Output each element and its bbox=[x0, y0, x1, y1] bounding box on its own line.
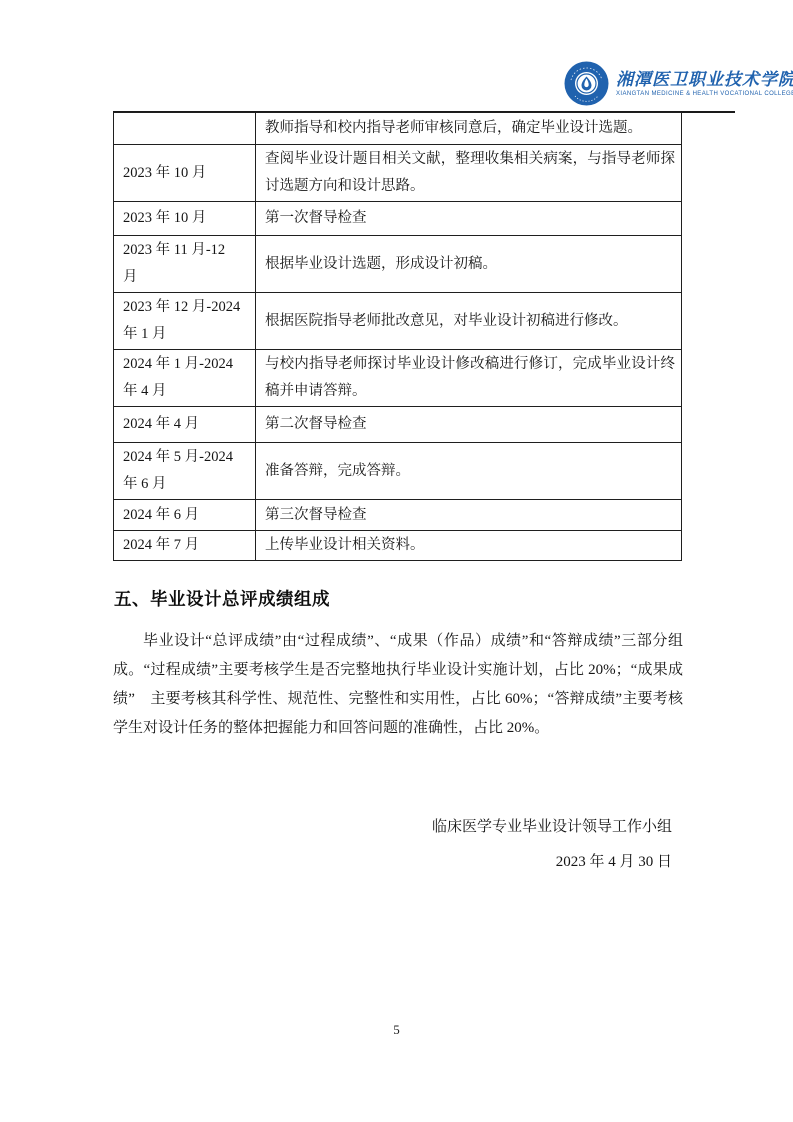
page-number: 5 bbox=[0, 1022, 793, 1038]
college-logo-text: 湘潭医卫职业技术学院 XIANGTAN MEDICINE & HEALTH VO… bbox=[616, 70, 793, 98]
task-cell: 第一次督导检查 bbox=[256, 202, 682, 236]
date-cell: 2023 年 10 月 bbox=[114, 145, 256, 202]
task-cell: 教师指导和校内指导老师审核同意后，确定毕业设计选题。 bbox=[256, 113, 682, 145]
signature-block: 临床医学专业毕业设计领导工作小组 2023 年 4 月 30 日 bbox=[113, 810, 682, 880]
date-cell: 2024 年 7 月 bbox=[114, 531, 256, 561]
schedule-table: 教师指导和校内指导老师审核同意后，确定毕业设计选题。 2023 年 10 月 查… bbox=[113, 112, 682, 561]
task-cell: 与校内指导老师探讨毕业设计修改稿进行修订，完成毕业设计终稿并申请答辩。 bbox=[256, 350, 682, 407]
table-row: 2023 年 11 月-12 月 根据毕业设计选题，形成设计初稿。 bbox=[114, 236, 682, 293]
task-cell: 准备答辩，完成答辩。 bbox=[256, 443, 682, 500]
section-heading: 五、毕业设计总评成绩组成 bbox=[114, 586, 330, 611]
task-cell: 第二次督导检查 bbox=[256, 407, 682, 443]
signature-organization: 临床医学专业毕业设计领导工作小组 bbox=[113, 810, 672, 845]
table-row: 2023 年 10 月 查阅毕业设计题目相关文献，整理收集相关病案，与指导老师探… bbox=[114, 145, 682, 202]
table-row: 2024 年 4 月 第二次督导检查 bbox=[114, 407, 682, 443]
college-logo: 湘潭医卫职业技术学院 XIANGTAN MEDICINE & HEALTH VO… bbox=[563, 60, 793, 107]
table-row: 2024 年 6 月 第三次督导检查 bbox=[114, 500, 682, 531]
college-name-zh: 湘潭医卫职业技术学院 bbox=[616, 70, 793, 90]
table-row: 2024 年 7 月 上传毕业设计相关资料。 bbox=[114, 531, 682, 561]
date-cell: 2024 年 1 月-2024 年 4 月 bbox=[114, 350, 256, 407]
date-cell bbox=[114, 113, 256, 145]
section-body-paragraph: 毕业设计“总评成绩”由“过程成绩”、“成果（作品）成绩”和“答辩成绩”三部分组成… bbox=[113, 627, 683, 743]
task-cell: 上传毕业设计相关资料。 bbox=[256, 531, 682, 561]
date-cell: 2024 年 4 月 bbox=[114, 407, 256, 443]
date-cell: 2023 年 10 月 bbox=[114, 202, 256, 236]
date-cell: 2023 年 11 月-12 月 bbox=[114, 236, 256, 293]
college-name-en: XIANGTAN MEDICINE & HEALTH VOCATIONAL CO… bbox=[616, 90, 793, 98]
table-row: 2023 年 12 月-2024 年 1 月 根据医院指导老师批改意见，对毕业设… bbox=[114, 293, 682, 350]
task-cell: 根据医院指导老师批改意见，对毕业设计初稿进行修改。 bbox=[256, 293, 682, 350]
date-cell: 2024 年 5 月-2024 年 6 月 bbox=[114, 443, 256, 500]
task-cell: 查阅毕业设计题目相关文献，整理收集相关病案，与指导老师探讨选题方向和设计思路。 bbox=[256, 145, 682, 202]
signature-date: 2023 年 4 月 30 日 bbox=[113, 845, 672, 880]
task-cell: 第三次督导检查 bbox=[256, 500, 682, 531]
college-logo-icon bbox=[563, 60, 610, 107]
date-cell: 2023 年 12 月-2024 年 1 月 bbox=[114, 293, 256, 350]
date-cell: 2024 年 6 月 bbox=[114, 500, 256, 531]
table-row: 2024 年 5 月-2024 年 6 月 准备答辩，完成答辩。 bbox=[114, 443, 682, 500]
table-row: 2023 年 10 月 第一次督导检查 bbox=[114, 202, 682, 236]
table-row: 2024 年 1 月-2024 年 4 月 与校内指导老师探讨毕业设计修改稿进行… bbox=[114, 350, 682, 407]
document-page: 湘潭医卫职业技术学院 XIANGTAN MEDICINE & HEALTH VO… bbox=[0, 0, 793, 1122]
table-row: 教师指导和校内指导老师审核同意后，确定毕业设计选题。 bbox=[114, 113, 682, 145]
task-cell: 根据毕业设计选题，形成设计初稿。 bbox=[256, 236, 682, 293]
